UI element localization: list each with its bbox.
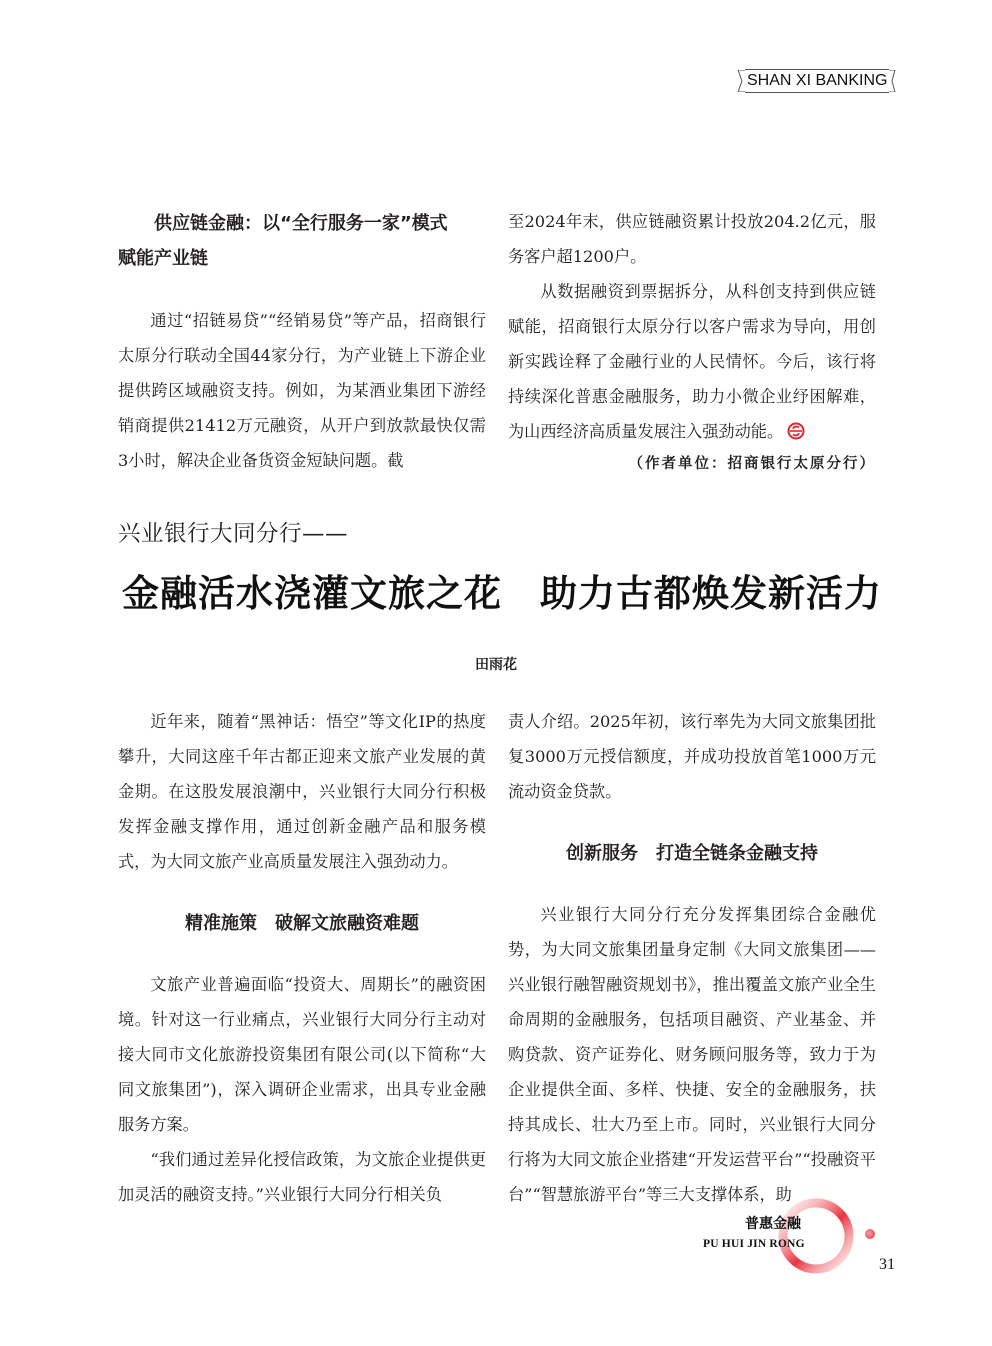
body-paragraph: 通过“招链易贷”“经销易贷”等产品，招商银行太原分行联动全国44家分行，为产业链…	[118, 303, 486, 478]
bank-logo-icon	[787, 422, 805, 440]
section-heading-line2: 赋能产业链	[118, 241, 486, 276]
article-title: 金融活水浇灌文旅之花 助力古都焕发新活力	[122, 563, 882, 617]
section-heading-precise-policy: 精准施策 破解文旅融资难题	[118, 906, 486, 941]
footer-section-name: 普惠金融	[745, 1213, 801, 1233]
author-affiliation: （作者单位：招商银行太原分行）	[508, 449, 876, 479]
section-heading-supply-chain: 供应链金融：以“全行服务一家”模式	[118, 206, 486, 241]
right-bracket-icon	[889, 70, 897, 92]
article-kicker: 兴业银行大同分行——	[118, 516, 348, 548]
body-paragraph: 文旅产业普遍面临“投资大、周期长”的融资困境。针对这一行业痛点，兴业银行大同分行…	[118, 967, 486, 1142]
body-paragraph-closing: 从数据融资到票据拆分，从科创支持到供应链赋能，招商银行太原分行以客户需求为导向，…	[508, 274, 876, 449]
body-paragraph: 至2024年末，供应链融资累计投放204.2亿元，服务客户超1200户。	[508, 204, 876, 274]
section-heading-line1: 供应链金融：以“全行服务一家”模式	[154, 213, 448, 234]
page-number: 31	[879, 1256, 895, 1274]
header-tag-text: SHAN XI BANKING	[745, 69, 889, 93]
footer-ring-decoration-icon	[776, 1196, 856, 1276]
footer-section-name-en: PU HUI JIN RONG	[703, 1238, 805, 1250]
body-paragraph: “我们通过差异化授信政策，为文旅企业提供更加灵活的融资支持。”兴业银行大同分行相…	[118, 1142, 486, 1212]
magazine-header-tag: SHAN XI BANKING	[737, 70, 897, 92]
prev-article-left-column: 供应链金融：以“全行服务一家”模式 赋能产业链 通过“招链易贷”“经销易贷”等产…	[118, 206, 486, 478]
article-right-column: 责人介绍。2025年初，该行率先为大同文旅集团批复3000万元授信额度，并成功投…	[508, 704, 876, 1212]
closing-text: 从数据融资到票据拆分，从科创支持到供应链赋能，招商银行太原分行以客户需求为导向，…	[508, 282, 876, 441]
body-paragraph: 责人介绍。2025年初，该行率先为大同文旅集团批复3000万元授信额度，并成功投…	[508, 704, 876, 809]
body-paragraph: 兴业银行大同分行充分发挥集团综合金融优势，为大同文旅集团量身定制《大同文旅集团—…	[508, 897, 876, 1212]
prev-article-right-column: 至2024年末，供应链融资累计投放204.2亿元，服务客户超1200户。 从数据…	[508, 204, 876, 479]
section-heading-innovative-service: 创新服务 打造全链条金融支持	[508, 836, 876, 871]
footer-dot-decoration	[865, 1229, 875, 1239]
left-bracket-icon	[737, 70, 745, 92]
body-paragraph: 近年来，随着“黑神话：悟空”等文化IP的热度攀升，大同这座千年古都正迎来文旅产业…	[118, 704, 486, 879]
article-author: 田雨花	[0, 654, 992, 674]
article-left-column: 近年来，随着“黑神话：悟空”等文化IP的热度攀升，大同这座千年古都正迎来文旅产业…	[118, 704, 486, 1212]
